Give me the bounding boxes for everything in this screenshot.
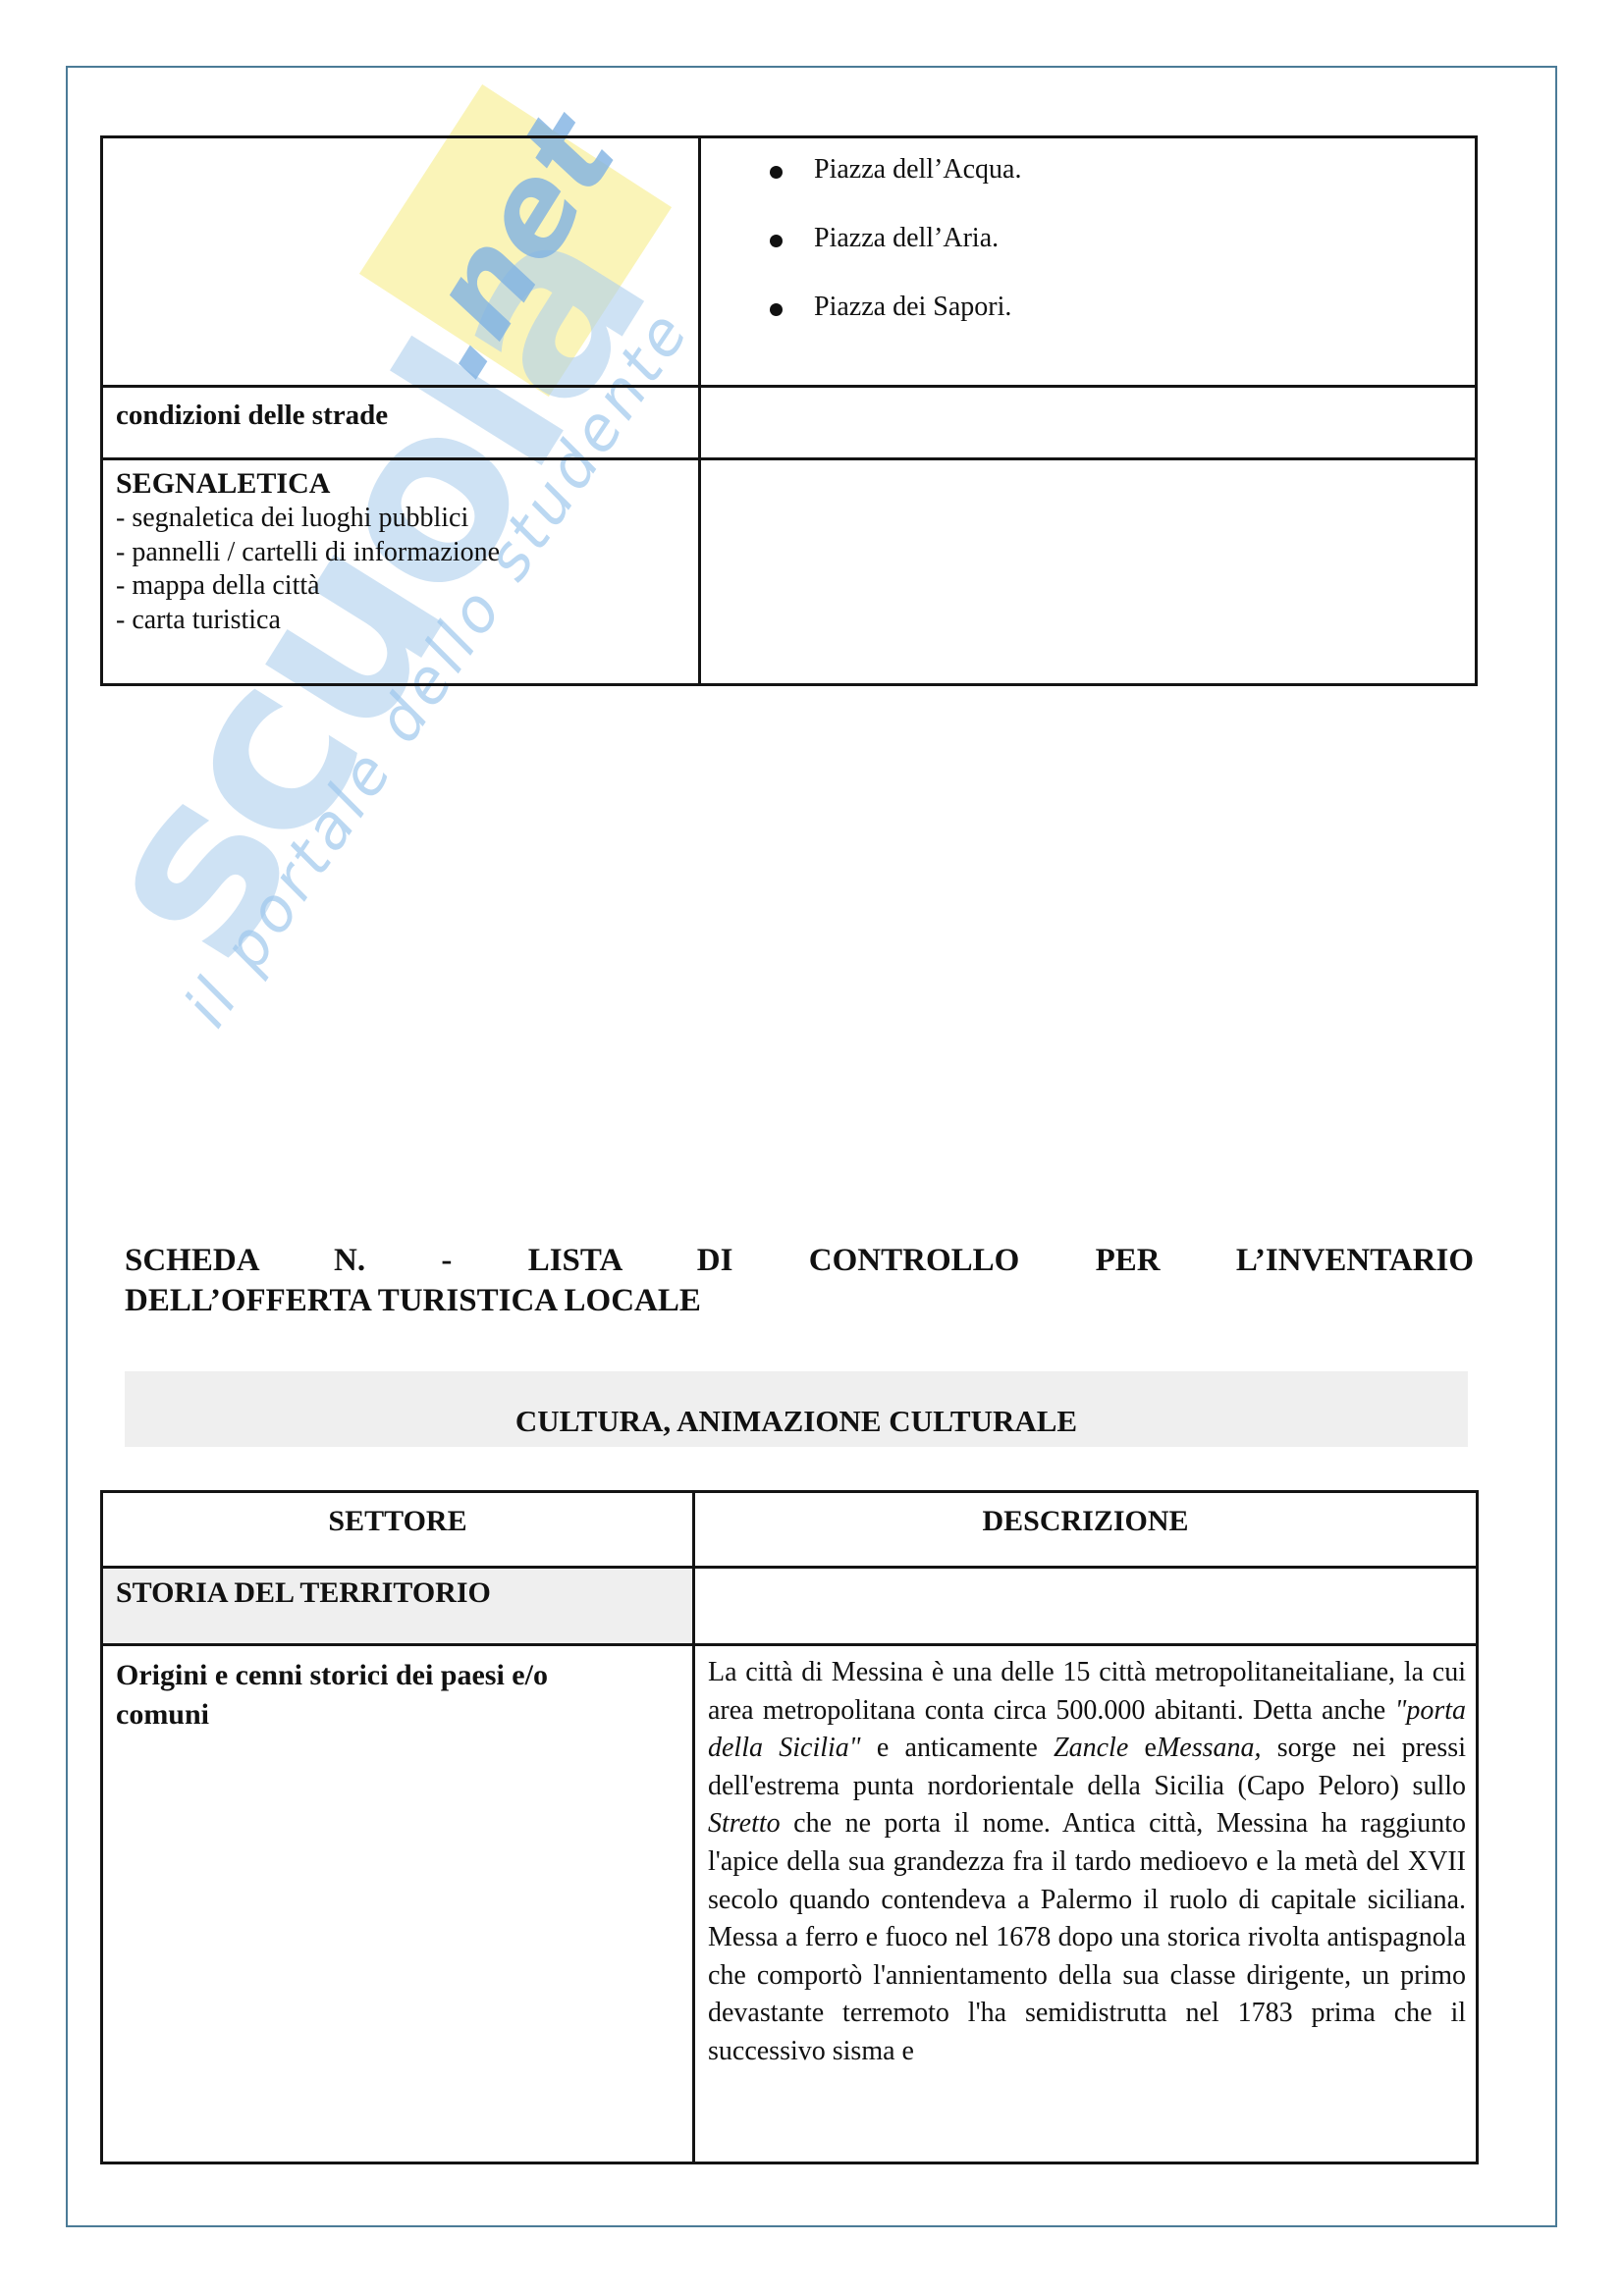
bullet-list: Piazza dell’Acqua. Piazza dell’Aria. Pia… bbox=[770, 154, 1465, 323]
header-settore: SETTORE bbox=[102, 1492, 694, 1568]
table-row: STORIA DEL TERRITORIO bbox=[102, 1568, 1478, 1645]
bullet-icon bbox=[770, 303, 783, 316]
table-row: condizioni delle strade bbox=[102, 387, 1477, 459]
piazzas-cell: Piazza dell’Acqua. Piazza dell’Aria. Pia… bbox=[700, 137, 1477, 387]
category-banner: CULTURA, ANIMAZIONE CULTURALE bbox=[125, 1371, 1468, 1447]
bullet-icon bbox=[770, 166, 783, 179]
empty-cell bbox=[694, 1568, 1478, 1645]
section-row-label: STORIA DEL TERRITORIO bbox=[102, 1568, 694, 1645]
bullet-icon bbox=[770, 235, 783, 247]
bullet-text: Piazza dell’Aria. bbox=[814, 223, 999, 254]
signage-cell: SEGNALETICA - segnaletica dei luoghi pub… bbox=[102, 459, 700, 685]
signage-item: - mappa della città bbox=[116, 569, 688, 604]
description-text: La città di Messina è una delle 15 città… bbox=[708, 1654, 1466, 2071]
document-page: { "page": { "border_color": "#4b7b97" },… bbox=[0, 0, 1623, 2296]
table-row: Piazza dell’Acqua. Piazza dell’Aria. Pia… bbox=[102, 137, 1477, 387]
table-row: Origini e cenni storici dei paesi e/o co… bbox=[102, 1645, 1478, 2163]
heading-line-1: SCHEDA N. - LISTA DI CONTROLLO PER L’INV… bbox=[125, 1241, 1474, 1281]
header-descrizione: DESCRIZIONE bbox=[694, 1492, 1478, 1568]
empty-cell bbox=[700, 459, 1477, 685]
signage-item: - carta turistica bbox=[116, 604, 688, 638]
list-item: Piazza dell’Acqua. bbox=[770, 154, 1465, 186]
bullet-text: Piazza dei Sapori. bbox=[814, 292, 1011, 323]
signage-title: SEGNALETICA bbox=[116, 466, 688, 502]
empty-cell bbox=[102, 137, 700, 387]
description-cell: La città di Messina è una delle 15 città… bbox=[694, 1645, 1478, 2163]
empty-cell bbox=[700, 387, 1477, 459]
origins-label: Origini e cenni storici dei paesi e/o co… bbox=[102, 1645, 694, 2163]
signage-item: - pannelli / cartelli di informazione bbox=[116, 536, 688, 570]
road-conditions-label: condizioni delle strade bbox=[102, 387, 700, 459]
banner-label: CULTURA, ANIMAZIONE CULTURALE bbox=[515, 1404, 1077, 1439]
inventory-table: Piazza dell’Acqua. Piazza dell’Aria. Pia… bbox=[100, 135, 1478, 686]
culture-table: SETTORE DESCRIZIONE STORIA DEL TERRITORI… bbox=[100, 1490, 1479, 2164]
list-item: Piazza dell’Aria. bbox=[770, 223, 1465, 254]
table-row: SEGNALETICA - segnaletica dei luoghi pub… bbox=[102, 459, 1477, 685]
signage-item: - segnaletica dei luoghi pubblici bbox=[116, 502, 688, 536]
list-item: Piazza dei Sapori. bbox=[770, 292, 1465, 323]
heading-line-2: DELL’OFFERTA TURISTICA LOCALE bbox=[125, 1281, 1474, 1321]
bullet-text: Piazza dell’Acqua. bbox=[814, 154, 1021, 186]
table-header-row: SETTORE DESCRIZIONE bbox=[102, 1492, 1478, 1568]
section-heading: SCHEDA N. - LISTA DI CONTROLLO PER L’INV… bbox=[125, 1241, 1474, 1321]
